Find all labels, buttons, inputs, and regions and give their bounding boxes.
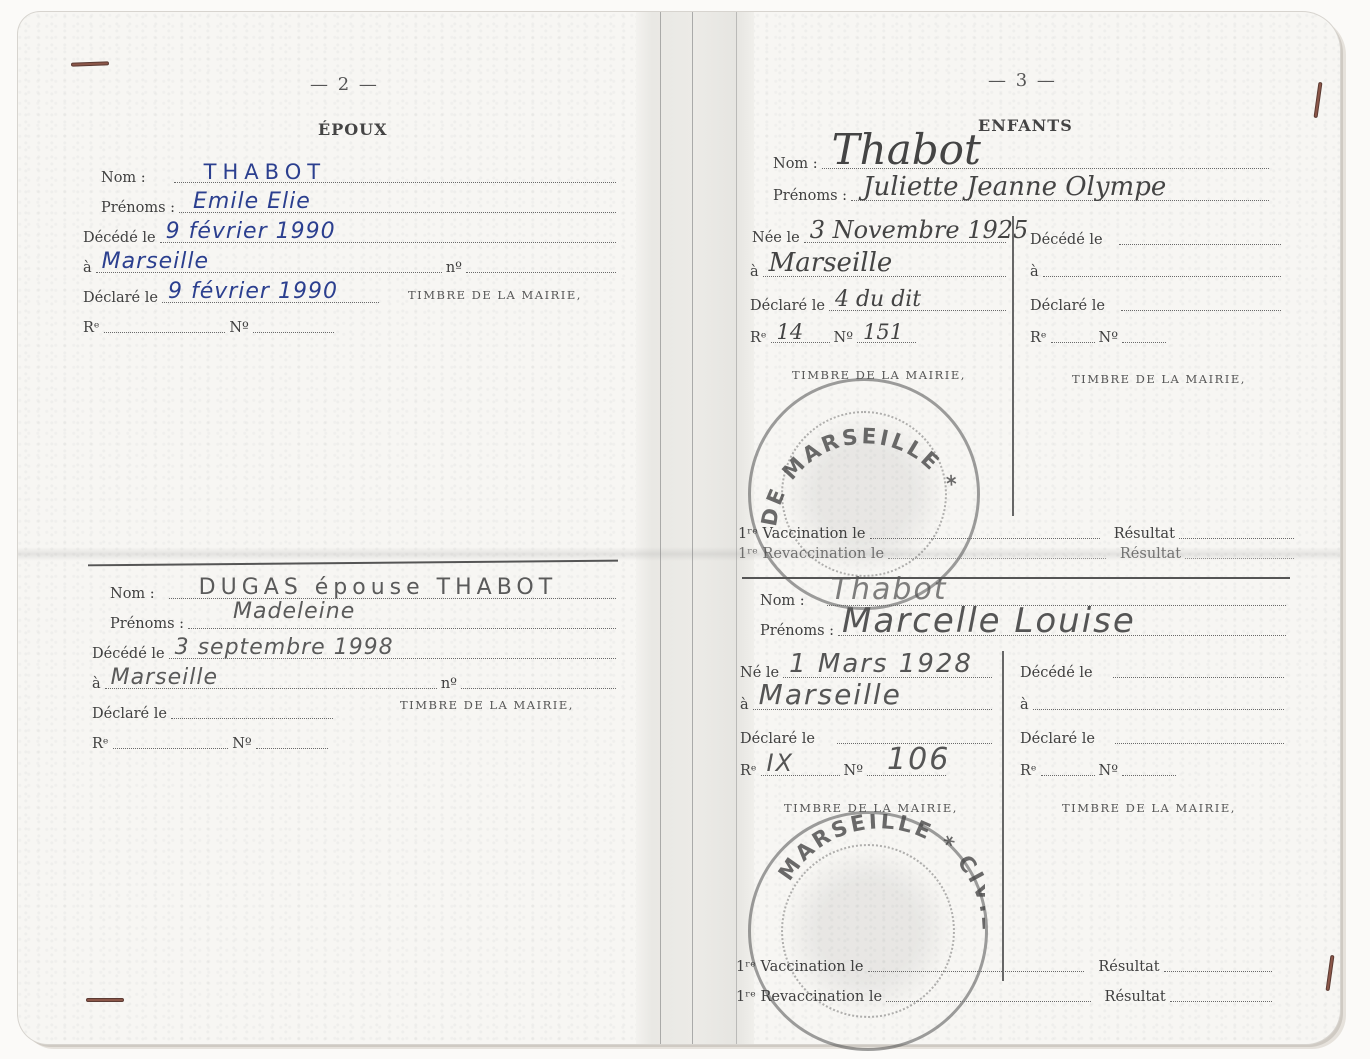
- label-ne: Née le: [752, 230, 800, 246]
- label-prenoms: Prénoms :: [110, 616, 184, 632]
- column-divider: [1012, 216, 1014, 516]
- spouse-2-record: Nom : DUGAS épouse THABOT Prénoms : Made…: [88, 550, 620, 760]
- field-vaccination: 1ʳᵉ Vaccination le Résultat: [738, 526, 1298, 542]
- mairie-stamp: MARSEILLE * CIVIL: [748, 811, 988, 1051]
- field-nom: Nom : Thabot: [773, 156, 1273, 172]
- label-nom: Nom :: [760, 593, 805, 609]
- value-lieu: Marseille: [769, 248, 893, 278]
- label-re: Rᵉ: [1020, 763, 1037, 779]
- value-prenoms: Juliette Jeanne Olympe: [863, 172, 1166, 202]
- child-1-record: Nom : Thabot Prénoms : Juliette Jeanne O…: [740, 60, 1300, 570]
- label-prenoms: Prénoms :: [760, 623, 834, 639]
- field-death-lieu: à: [1020, 697, 1288, 713]
- field-lieu: à Marseille nº: [83, 260, 620, 276]
- label-num: Nº: [844, 763, 864, 779]
- field-death-registre: Rᵉ Nº: [1020, 763, 1180, 779]
- spouse-1-record: Nom : THABOT Prénoms : Emile Elie Décédé…: [80, 60, 620, 360]
- label-nom: Nom :: [110, 586, 155, 602]
- column-divider: [1002, 651, 1004, 981]
- label-nom: Nom :: [773, 156, 818, 172]
- label-re: Rᵉ: [740, 763, 757, 779]
- field-prenoms: Prénoms : Marcelle Louise: [760, 623, 1290, 639]
- field-revaccination: 1ʳᵉ Revaccination le Résultat: [736, 989, 1276, 1005]
- label-num: Nº: [232, 736, 252, 752]
- label-resultat: Résultat: [1105, 989, 1166, 1005]
- value-declare: 9 février 1990: [168, 279, 338, 304]
- label-resultat: Résultat: [1120, 546, 1181, 562]
- field-ne: Née le 3 Novembre 1925: [752, 230, 1010, 246]
- field-prenoms: Prénoms : Emile Elie: [101, 200, 620, 216]
- field-lieu: à Marseille: [750, 264, 1010, 280]
- label-re: Rᵉ: [1030, 330, 1047, 346]
- field-nom: Nom : THABOT: [101, 170, 620, 186]
- label-re: Rᵉ: [83, 320, 100, 336]
- label-a: à: [1030, 264, 1039, 280]
- value-re: IX: [767, 749, 795, 777]
- value-nom: Thabot: [832, 125, 981, 174]
- child-2-record: Nom : Thabot Prénoms : Marcelle Louise N…: [736, 575, 1316, 1015]
- label-vaccination: 1ʳᵉ Vaccination le: [736, 959, 864, 975]
- timbre-mairie: TIMBRE DE LA MAIRIE,: [408, 288, 582, 302]
- field-prenoms: Prénoms : Madeleine: [110, 616, 620, 632]
- field-declare: Déclaré le 9 février 1990: [83, 290, 383, 306]
- label-a: à: [740, 697, 749, 713]
- label-num: Nº: [1099, 763, 1119, 779]
- field-declare: Déclaré le: [740, 731, 996, 747]
- label-re: Rᵉ: [92, 736, 109, 752]
- label-declare: Déclaré le: [1020, 731, 1095, 747]
- field-death-lieu: à: [1030, 264, 1285, 280]
- label-no: nº: [446, 260, 462, 276]
- label-decede: Décédé le: [1020, 665, 1093, 681]
- field-lieu: à Marseille: [740, 697, 996, 713]
- field-registre: Rᵉ Nº: [92, 736, 332, 752]
- label-declare: Déclaré le: [740, 731, 815, 747]
- label-no: nº: [441, 676, 457, 692]
- field-declare: Déclaré le: [92, 706, 337, 722]
- label-resultat: Résultat: [1098, 959, 1159, 975]
- field-death-declare: Déclaré le: [1020, 731, 1288, 747]
- label-a: à: [92, 676, 101, 692]
- field-registre: Rᵉ IX Nº 106: [740, 763, 950, 779]
- label-nom: Nom :: [101, 170, 146, 186]
- label-decede: Décédé le: [92, 646, 165, 662]
- label-a: à: [1020, 697, 1029, 713]
- field-death-declare: Déclaré le: [1030, 298, 1285, 314]
- value-ne: 1 Mars 1928: [789, 649, 973, 679]
- label-declare: Déclaré le: [750, 298, 825, 314]
- label-decede: Décédé le: [83, 230, 156, 246]
- field-declare: Déclaré le 4 du dit: [750, 298, 1010, 314]
- value-num: 151: [863, 320, 903, 344]
- staple-icon: [86, 998, 124, 1002]
- timbre-mairie: TIMBRE DE LA MAIRIE,: [1072, 372, 1246, 386]
- label-prenoms: Prénoms :: [101, 200, 175, 216]
- value-decede: 3 septembre 1998: [175, 635, 394, 660]
- field-revaccination: 1ʳᵉ Revaccination le Résultat: [738, 546, 1298, 562]
- svg-text:DE MARSEILLE * CIVIL: DE MARSEILLE * CIVIL: [751, 381, 968, 528]
- value-ne: 3 Novembre 1925: [810, 216, 1029, 244]
- label-prenoms: Prénoms :: [773, 188, 847, 204]
- field-decede: Décédé le 3 septembre 1998: [92, 646, 620, 662]
- field-death-decede: Décédé le: [1020, 665, 1288, 681]
- field-decede: Décédé le 9 février 1990: [83, 230, 620, 246]
- label-vaccination: 1ʳᵉ Vaccination le: [738, 526, 866, 542]
- label-decede: Décédé le: [1030, 232, 1103, 248]
- value-nom: DUGAS épouse THABOT: [199, 575, 557, 600]
- value-prenoms: Madeleine: [233, 599, 355, 624]
- label-num: Nº: [834, 330, 854, 346]
- value-re: 14: [777, 320, 804, 344]
- label-a: à: [83, 260, 92, 276]
- label-declare: Déclaré le: [92, 706, 167, 722]
- label-num: Nº: [229, 320, 249, 336]
- label-revaccination: 1ʳᵉ Revaccination le: [736, 989, 882, 1005]
- field-registre: Rᵉ Nº: [83, 320, 338, 336]
- label-resultat: Résultat: [1114, 526, 1175, 542]
- field-death-registre: Rᵉ Nº: [1030, 330, 1170, 346]
- spine-crease: [692, 12, 693, 1044]
- label-revaccination: 1ʳᵉ Revaccination le: [738, 546, 884, 562]
- value-lieu: Marseille: [102, 249, 209, 274]
- value-decede: 9 février 1990: [166, 219, 336, 244]
- label-re: Rᵉ: [750, 330, 767, 346]
- label-declare: Déclaré le: [83, 290, 158, 306]
- field-nom: Nom : DUGAS épouse THABOT: [110, 586, 620, 602]
- field-prenoms: Prénoms : Juliette Jeanne Olympe: [773, 188, 1273, 204]
- label-num: Nº: [1099, 330, 1119, 346]
- value-prenoms: Emile Elie: [193, 189, 311, 214]
- field-death-decede: Décédé le: [1030, 232, 1285, 248]
- value-prenoms: Marcelle Louise: [842, 601, 1136, 641]
- timbre-mairie: TIMBRE DE LA MAIRIE,: [400, 698, 574, 712]
- value-lieu: Marseille: [111, 665, 218, 690]
- svg-text:MARSEILLE * CIVIL: MARSEILLE * CIVIL: [774, 814, 985, 933]
- spine-crease: [660, 12, 661, 1044]
- field-vaccination: 1ʳᵉ Vaccination le Résultat: [736, 959, 1276, 975]
- field-registre: Rᵉ 14 Nº 151: [750, 330, 920, 346]
- value-nom: THABOT: [204, 160, 326, 184]
- value-num: 106: [887, 742, 950, 777]
- value-lieu: Marseille: [759, 678, 902, 711]
- field-lieu: à Marseille nº: [92, 676, 620, 692]
- timbre-mairie: TIMBRE DE LA MAIRIE,: [1062, 801, 1236, 815]
- label-a: à: [750, 264, 759, 280]
- label-declare: Déclaré le: [1030, 298, 1105, 314]
- value-declare: 4 du dit: [835, 287, 921, 312]
